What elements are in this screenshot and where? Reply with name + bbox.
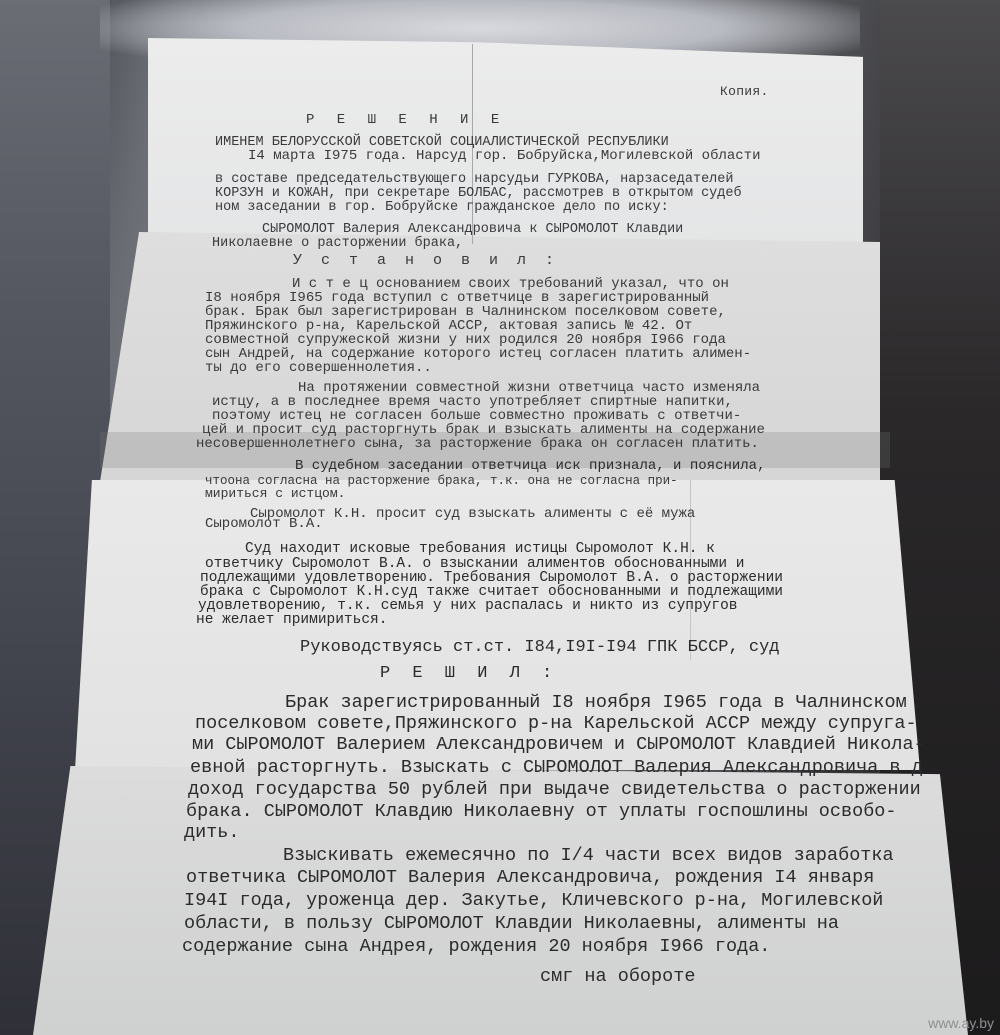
monthly-line-5: содержание сына Андрея, рождения 20 нояб… [182,936,770,957]
established-heading: У с т а н о в и л : [293,252,559,269]
case-line-1: СЫРОМОЛОТ Валерия Александровича к СЫРОМ… [262,222,683,237]
decision-line-1: Брак зарегистрированный I8 ноября I965 г… [285,692,907,713]
decision-line-6: брака. СЫРОМОЛОТ Клавдию Николаевну от у… [186,801,897,822]
monthly-line-3: I94I года, уроженца дер. Закутье, Кличев… [184,890,883,911]
document-title: Р Е Ш Е Н И Е [306,112,506,128]
cohabitation-line-5: несовершеннолетнего сына, за расторжение… [196,436,759,452]
monthly-line-2: ответчика СЫРОМОЛОТ Валерия Александрови… [186,867,874,888]
alimony-request-line-2: Сыромолот В.А. [205,516,323,532]
copy-mark: Копия. [720,84,769,99]
plaintiff-line-7: ты до его совершеннолетия.. [205,360,432,376]
court-finds-line-6: не желает примириться. [196,612,387,628]
decision-line-2: поселковом совете,Пряжинского р-на Карел… [195,713,917,734]
composition-line-3: ном заседании в гор. Бобруйске гражданск… [215,200,669,215]
court-decision-document: Копия. Р Е Ш Е Н И Е ИМЕНЕМ БЕЛОРУССКОЙ … [0,0,1000,1035]
date-court-line: I4 марта I975 года. Нарсуд гор. Бобруйск… [248,148,760,164]
see-reverse-note: смг на обороте [540,966,695,987]
monthly-line-1: Взыскивать ежемесячно по I/4 части всех … [283,845,894,866]
composition-line-1: в составе председательствующего нарсудьи… [215,172,733,187]
composition-line-2: КОРЗУН и КОЖАН, при секретаре БОЛБАС, ра… [215,186,742,201]
decision-line-4: евной расторгнуть. Взыскать с СЫРОМОЛОТ … [190,757,923,778]
hearing-line-1: В судебном заседании ответчица иск призн… [295,458,765,474]
monthly-line-4: области, в пользу СЫРОМОЛОТ Клавдии Нико… [184,913,839,934]
decision-line-3: ми СЫРОМОЛОТ Валерием Александровичем и … [192,734,925,755]
watermark: www.ay.by [928,1015,994,1031]
hearing-line-3: мириться с истцом. [205,486,345,501]
court-finds-line-1: Суд находит исковые требования истицы Сы… [245,541,715,557]
decision-line-7: дить. [184,822,240,843]
decision-line-5: доход государства 50 рублей при выдаче с… [188,779,921,800]
decided-heading: Р Е Ш И Л : [380,664,558,683]
case-line-2: Николаевне о расторжении брака, [212,236,463,251]
guided-by-line: Руководствуясь ст.ст. I84,I9I-I94 ГПК БС… [300,638,779,657]
